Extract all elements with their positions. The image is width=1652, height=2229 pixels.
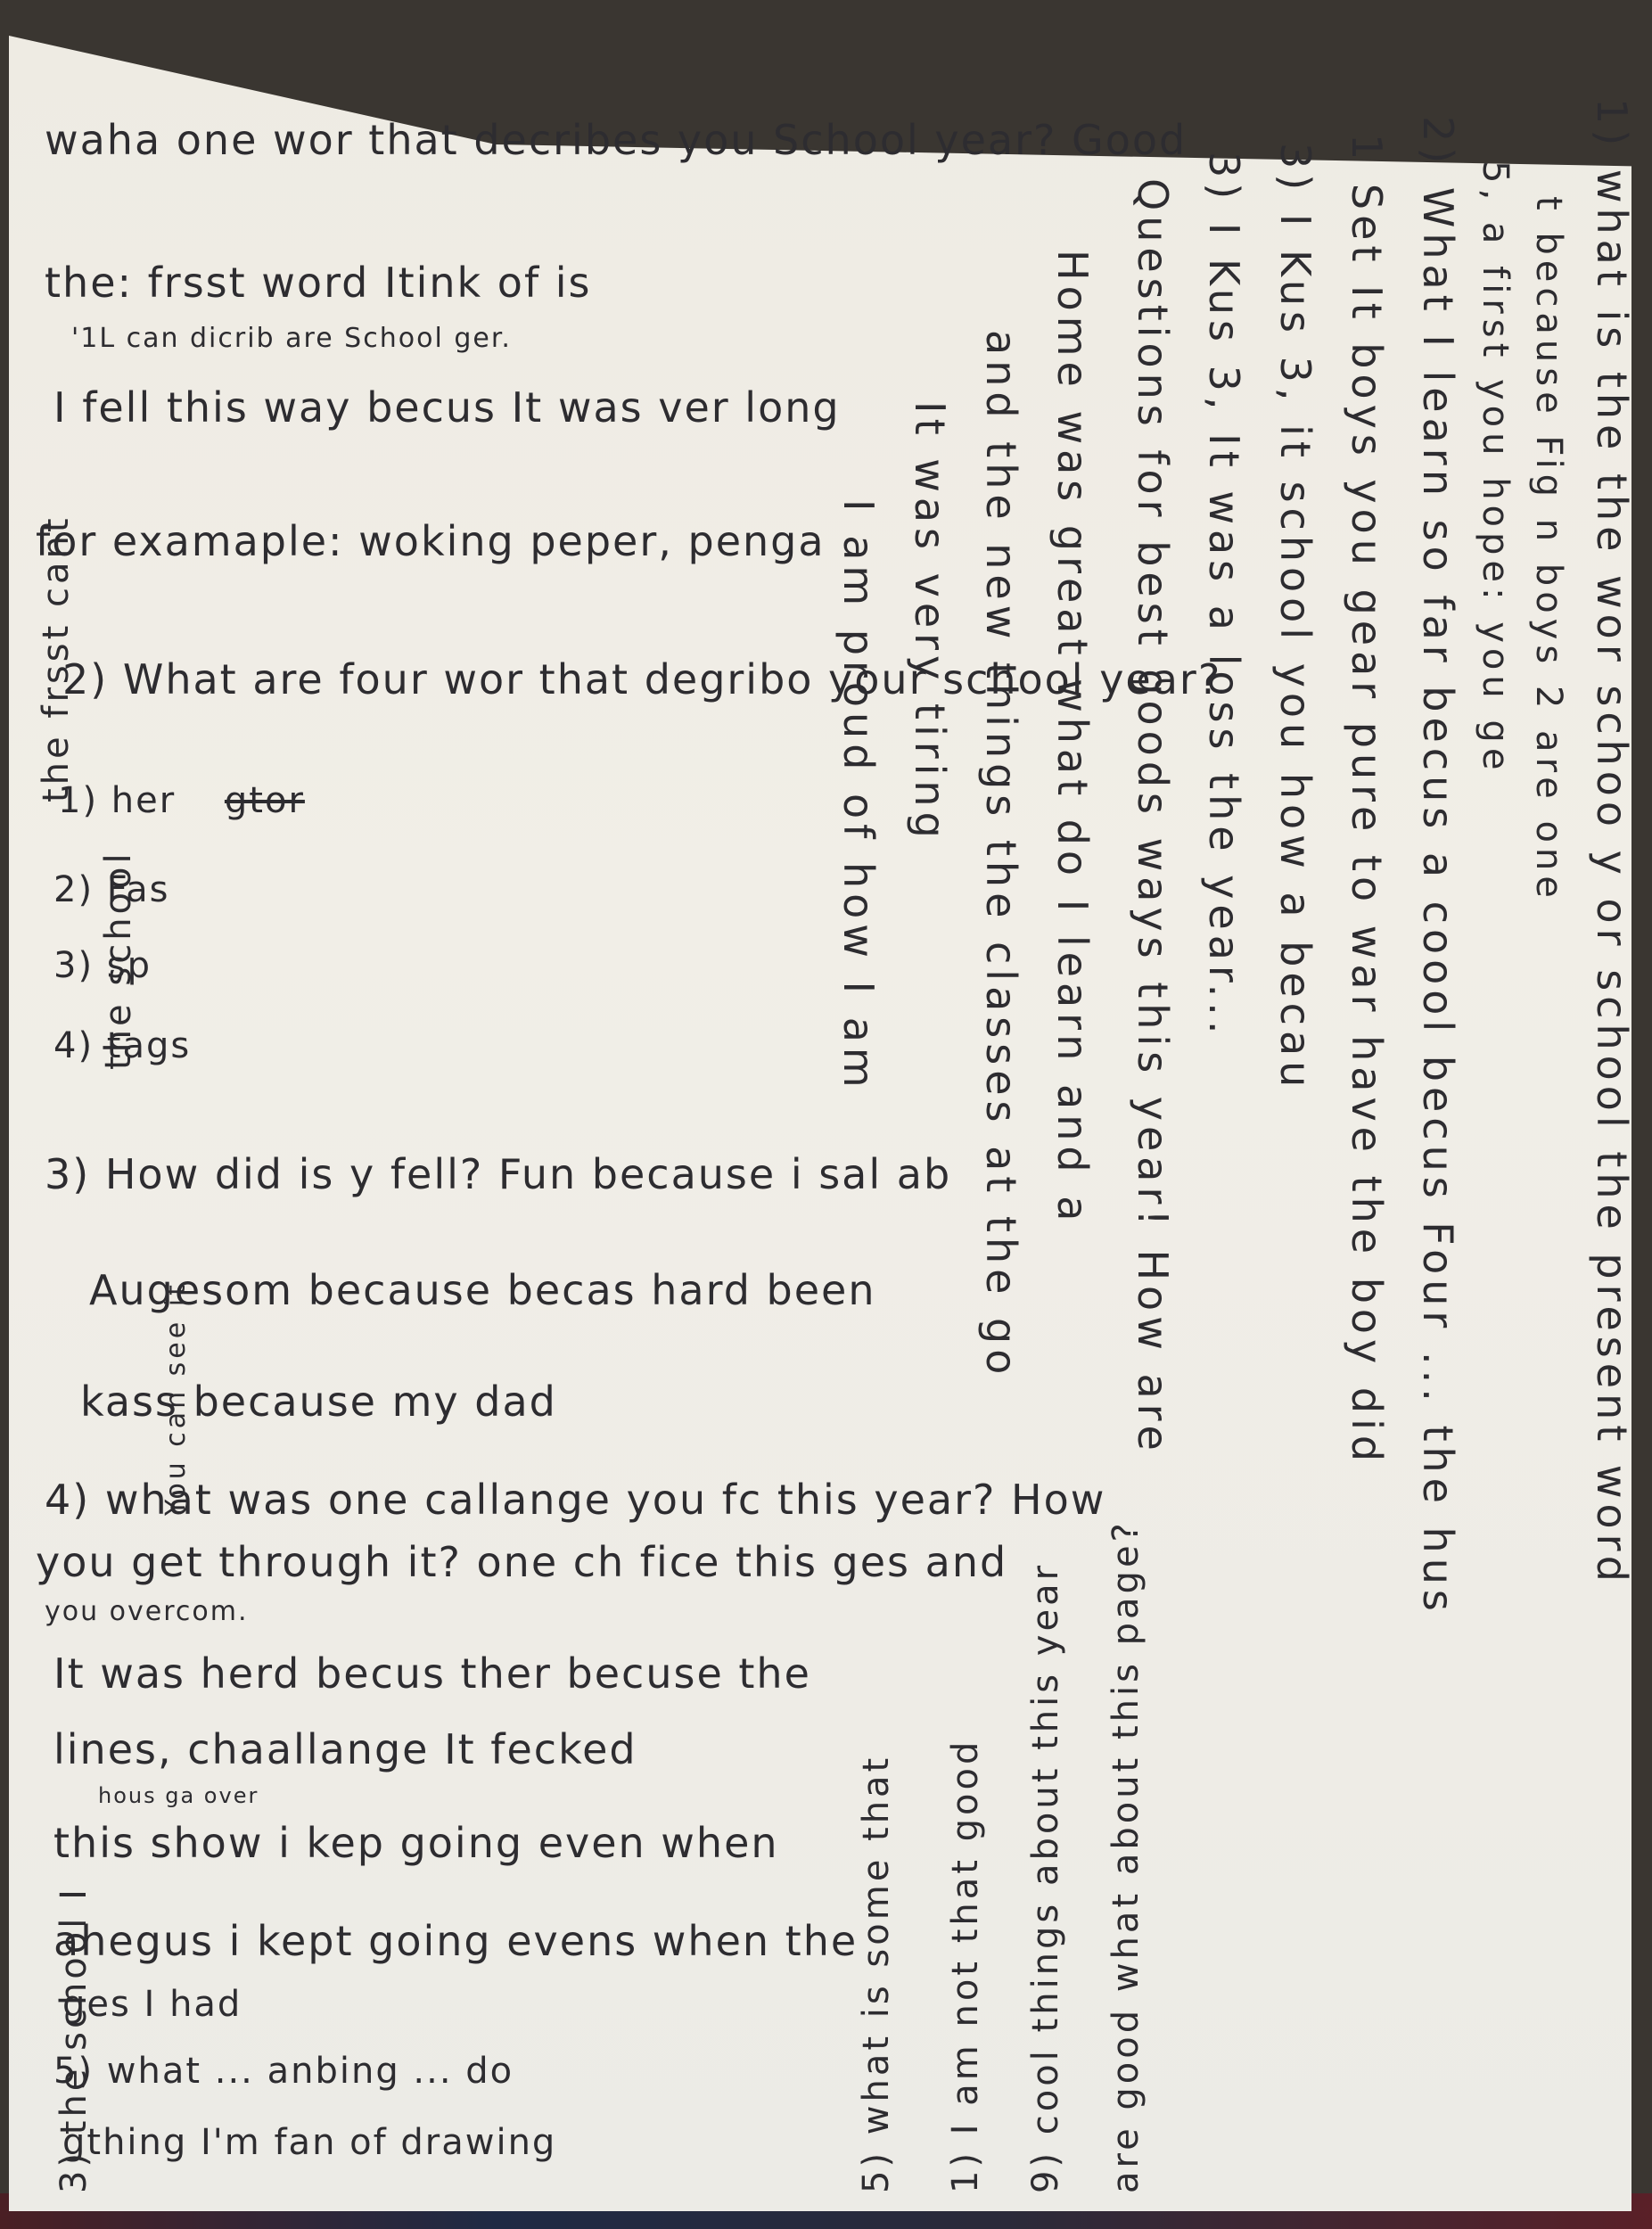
vertical-col-4: 2) What I learn so far becus a coool bec… [1414, 116, 1462, 1616]
q4-answer2: lines, chaallange It fecked [53, 1725, 637, 1773]
vertical-col-10: and the new things the classes at the go [977, 330, 1025, 1379]
bottom-right-line2: 1) I am not that good [945, 1739, 986, 2193]
q4-answer1: It was herd becus ther becuse the [53, 1649, 811, 1698]
left-margin-col-d: You can see it [160, 1281, 192, 1516]
q1-prompt: waha one wor that decribes you School ye… [45, 116, 1187, 164]
q4-prompt3: you overcom. [45, 1596, 249, 1627]
left-margin-col-c: 3) the school I [53, 1886, 95, 2193]
vertical-col-6: 3) I Kus 3, it school you how a becau [1271, 143, 1319, 1092]
left-margin-col-a: the frsst cant [36, 514, 77, 802]
left-margin-col-b: the school [98, 850, 139, 1070]
q3-answer1: Augesom because becas hard been [89, 1266, 875, 1314]
q4-answer4: ahegus i kept going evens when the [53, 1917, 858, 1965]
q1-answer-line2: '1L can dicrib are School ger. [71, 323, 512, 354]
q1-answer-line1: the: frsst word Itink of is [45, 259, 592, 307]
vertical-col-12: I am proud of how I am [834, 499, 883, 1093]
vertical-col-3: 5, a first you hope: you ge [1475, 160, 1516, 775]
q2-item3-num: 3) [53, 945, 94, 986]
q4-answer3-insert: hous ga over [98, 1783, 259, 1808]
q1-answer-line4: for examaple: woking peper, penga [36, 517, 826, 565]
bottom-right-line3: 9) cool things about this year [1025, 1562, 1066, 2193]
vertical-col-8: Questions for best goods ways this year!… [1129, 178, 1177, 1456]
vertical-col-5: 1 Set It boys you gear pure to war have … [1343, 134, 1391, 1467]
vertical-col-2: t because Fig n boys 2 are one [1528, 196, 1569, 903]
vertical-col-9: Home was great what do I learn and a [1048, 250, 1097, 1226]
q1-answer-line3: I fell this way becus It was ver long [53, 383, 841, 432]
q5-prompt: 5) what ... anbing ... do [53, 2051, 514, 2092]
vertical-col-7: 3) I Kus 3, It was a loss the year... [1200, 152, 1248, 1039]
vertical-col-11: It was very tiring [906, 401, 954, 843]
q4-prompt2: you get through it? one ch fice this ges… [36, 1538, 1007, 1586]
q2-item4-num: 4) [53, 1025, 94, 1066]
q3-answer2: kass because my dad [80, 1378, 557, 1426]
vertical-col-1: 1) what is the the wor schoo y or school… [1588, 98, 1636, 1587]
q2-item2-num: 2) [53, 869, 94, 910]
q4-answer3: this show i kep going even when [53, 1819, 779, 1867]
bottom-right-line4: are good what about this page? [1105, 1519, 1147, 2193]
q2-item1-strikeout: gtor [225, 780, 305, 821]
q2-item1-text: her [111, 780, 176, 821]
q5-answer: gthing I'm fan of drawing [62, 2122, 556, 2163]
bottom-right-line1: 5) what is some that [856, 1755, 897, 2193]
q3-prompt: 3) How did is y fell? Fun because i sal … [45, 1150, 951, 1198]
q4-prompt: 4) what was one callange you fc this yea… [45, 1476, 1105, 1524]
q2-item1: 1) her gtor [58, 780, 305, 821]
